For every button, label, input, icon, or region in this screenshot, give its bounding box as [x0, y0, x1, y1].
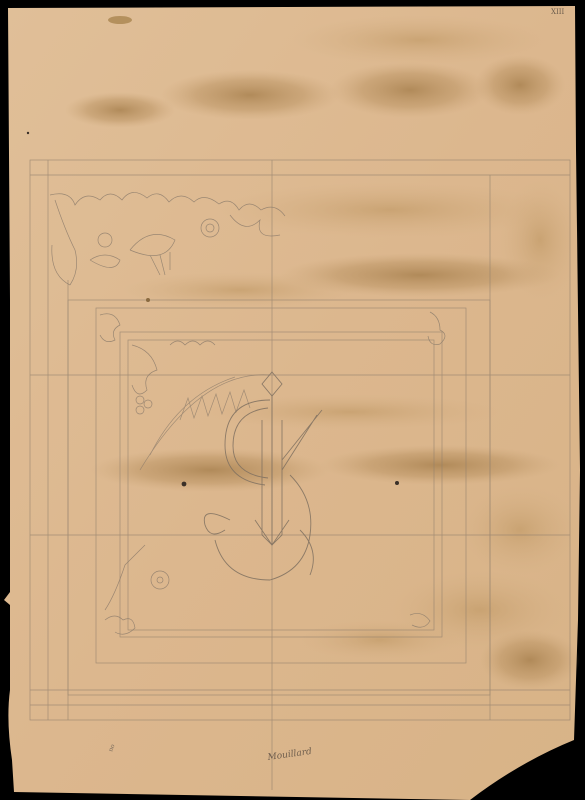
scan-stage: Pencil design drawing for an ornamental … — [0, 0, 585, 800]
drawing-sheet: XIII Mouillard no — [0, 0, 585, 800]
plate-number: XIII — [551, 8, 565, 16]
